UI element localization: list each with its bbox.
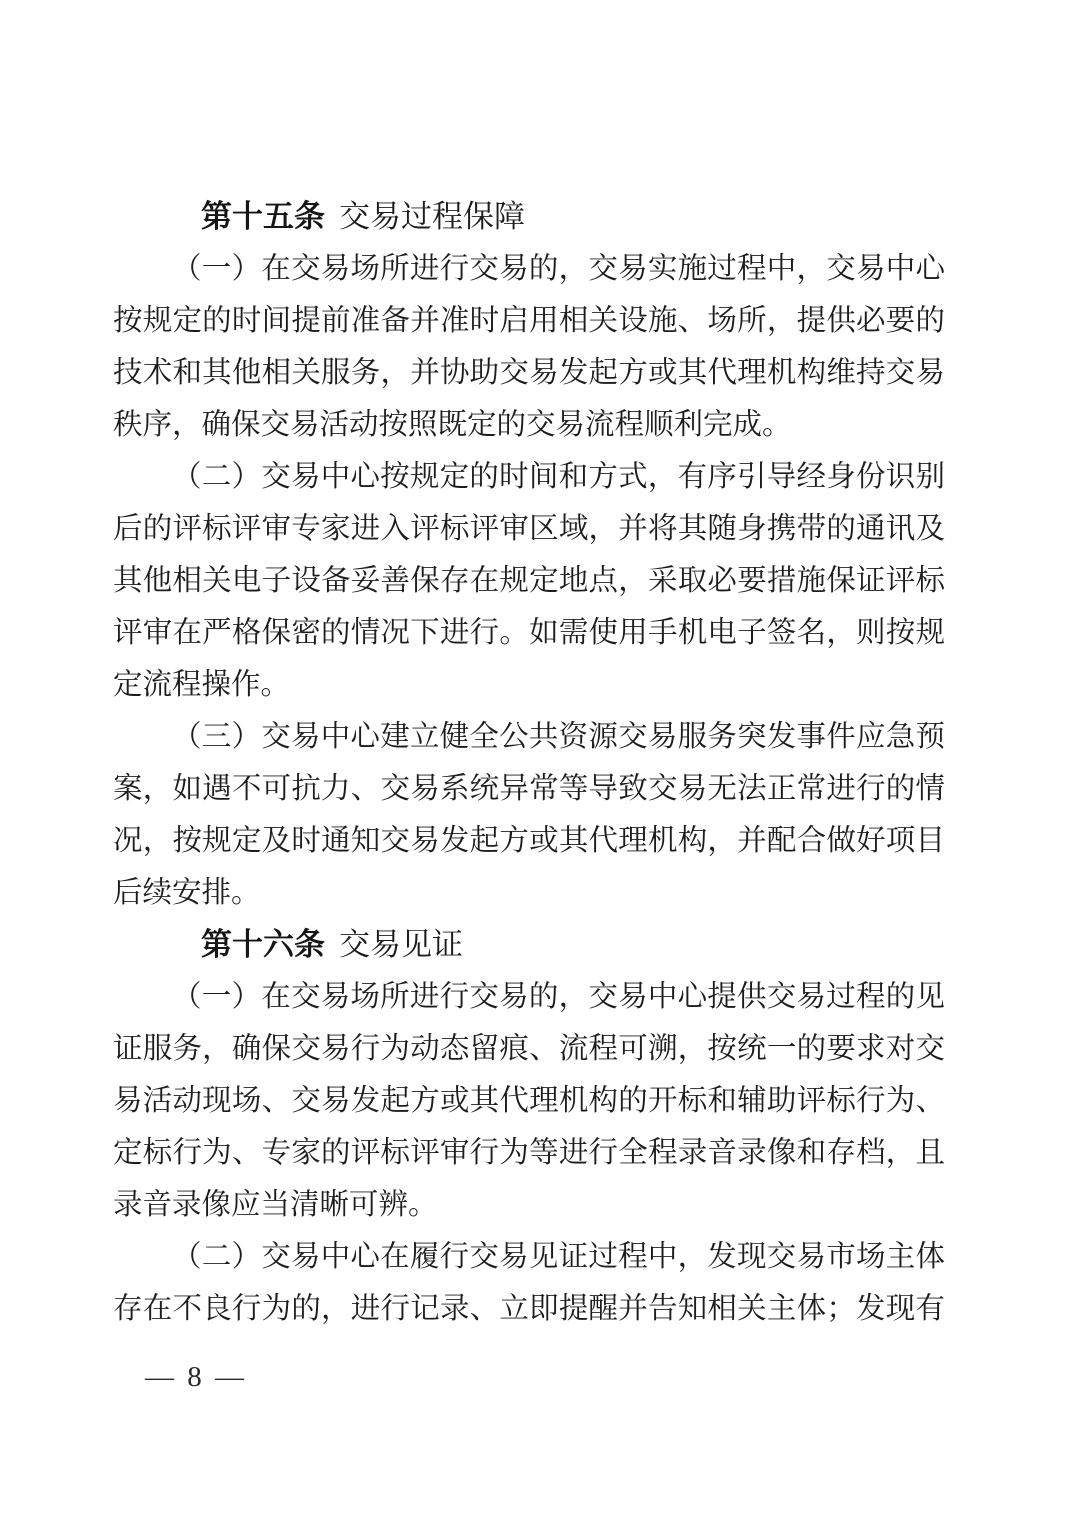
body-text-line: 秩序，确保交易活动按照既定的交易流程顺利完成。 xyxy=(113,399,945,451)
body-text-line: 技术和其他相关服务，并协助交易发起方或其代理机构维持交易 xyxy=(113,347,945,399)
body-text-line: 评审在严格保密的情况下进行。如需使用手机电子签名，则按规 xyxy=(113,607,945,659)
page-number: — 8 — xyxy=(145,1357,247,1397)
body-text-line: 按规定的时间提前准备并准时启用相关设施、场所，提供必要的 xyxy=(113,295,945,347)
body-text-line: 定标行为、专家的评标评审行为等进行全程录音录像和存档，且 xyxy=(113,1127,945,1179)
body-text-line: 易活动现场、交易发起方或其代理机构的开标和辅助评标行为、 xyxy=(113,1075,945,1127)
article-number: 第十五条 xyxy=(201,199,325,234)
body-text-line: 后续安排。 xyxy=(113,867,945,919)
body-text-line: 况，按规定及时通知交易发起方或其代理机构，并配合做好项目 xyxy=(113,815,945,867)
body-text-line: 录音录像应当清晰可辨。 xyxy=(113,1179,945,1231)
body-text-line: 存在不良行为的，进行记录、立即提醒并告知相关主体；发现有 xyxy=(113,1283,945,1335)
document-body: 第十五条交易过程保障（一）在交易场所进行交易的，交易实施过程中，交易中心按规定的… xyxy=(113,191,945,1335)
body-text-line: （三）交易中心建立健全公共资源交易服务突发事件应急预 xyxy=(113,711,945,763)
body-text-line: （二）交易中心按规定的时间和方式，有序引导经身份识别 xyxy=(113,451,945,503)
body-text-line: 定流程操作。 xyxy=(113,659,945,711)
body-text-line: （二）交易中心在履行交易见证过程中，发现交易市场主体 xyxy=(113,1231,945,1283)
body-text-line: 案，如遇不可抗力、交易系统异常等导致交易无法正常进行的情 xyxy=(113,763,945,815)
article-number: 第十六条 xyxy=(201,927,325,962)
body-text-line: 其他相关电子设备妥善保存在规定地点，采取必要措施保证评标 xyxy=(113,555,945,607)
body-text-line: 证服务，确保交易行为动态留痕、流程可溯，按统一的要求对交 xyxy=(113,1023,945,1075)
article-heading: 第十五条交易过程保障 xyxy=(113,191,945,243)
document-page: 第十五条交易过程保障（一）在交易场所进行交易的，交易实施过程中，交易中心按规定的… xyxy=(0,0,1080,1527)
article-title: 交易见证 xyxy=(339,927,463,962)
body-text-line: 后的评标评审专家进入评标评审区域，并将其随身携带的通讯及 xyxy=(113,503,945,555)
article-title: 交易过程保障 xyxy=(339,199,525,234)
body-text-line: （一）在交易场所进行交易的，交易实施过程中，交易中心 xyxy=(113,243,945,295)
body-text-line: （一）在交易场所进行交易的，交易中心提供交易过程的见 xyxy=(113,971,945,1023)
article-heading: 第十六条交易见证 xyxy=(113,919,945,971)
